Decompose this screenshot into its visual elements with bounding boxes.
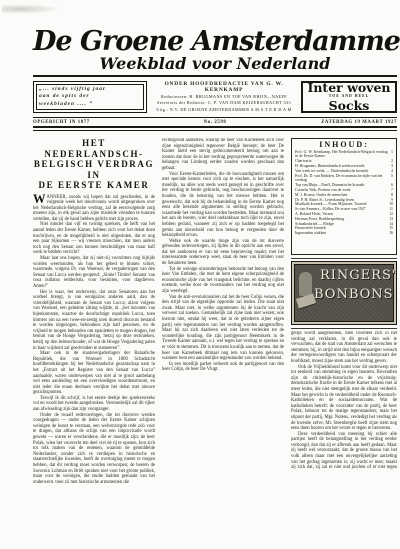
column-1: HET NEDERLANDSCH- BELGISCH VERDRAG IN DE…	[33, 138, 155, 483]
paragraph: Tot de weinige uitzonderingen behoorde h…	[162, 267, 284, 295]
paragraph: Maar ook in de staatsvergaderingen der B…	[33, 351, 155, 396]
slogan-box: „... sinds vijftig jaar aan de spits der…	[33, 81, 147, 113]
inhoud-entry: Prof. Dr. D. van Embden, De economische …	[295, 174, 393, 184]
issue-number: No. 2598	[153, 120, 277, 125]
issue-line: OPGERICHT IN 1877 No. 2598 ZATERDAG 19 M…	[33, 117, 397, 126]
paragraph: Niet minder dan vijf en twintig sprekers…	[33, 222, 155, 256]
paragraph: Welke ook de waarde moge zijn van de tot…	[162, 239, 284, 267]
masthead-title: De Groene Amsterdammer	[33, 28, 397, 55]
inhoud-entry: Prof. G. W. Kernkamp, Het Nederlandsch-B…	[295, 150, 393, 160]
paragraph: Ook de Vrijheidsbond komt voor dit onder…	[291, 365, 397, 432]
paragraph: Terwijl ik dit schrijf, is het eerste de…	[33, 396, 155, 413]
bonbons-ad-line: RINGERS'	[320, 269, 396, 282]
paragraph: Deze verdeeldheid van meening bij schier…	[291, 432, 397, 469]
headline-line: BELGISCH VERDRAG IN	[33, 159, 155, 180]
headline-line: DE EERSTE KAMER	[33, 180, 155, 191]
paragraph: Het is waar, het onderwerp, dat onze Sen…	[33, 290, 155, 352]
column-2: rechtsgrond aantasten, waarop de heer va…	[162, 138, 284, 483]
divider-rule	[291, 258, 397, 259]
drop-cap: W	[33, 195, 47, 204]
paragraph: Maar laat ons hopen, dat zij niet-zij vo…	[33, 256, 155, 290]
masthead: De Groene Amsterdammer Weekblad voor Ned…	[33, 28, 397, 72]
inhoud-box: INHOUD: Prof. G. W. Kernkamp, Het Nederl…	[291, 138, 397, 255]
divider-rule	[291, 328, 397, 329]
editorial-line: Uitg.: N.V. DE GROENE AMSTERDAMMER A M S…	[153, 107, 295, 113]
newspaper-page: De Groene Amsterdammer Weekblad voor Ned…	[0, 0, 400, 549]
issue-rule	[33, 126, 397, 131]
scan-artifact	[2, 4, 62, 14]
paragraph: rechtsgrond aantasten, waarop de heer va…	[162, 138, 284, 172]
slogan-line: „... sinds vijftig jaar	[39, 86, 141, 94]
interwoven-ad: Inter woven TOE AND HEEL Socks	[301, 81, 397, 113]
bonbons-ad-line: BONBONS	[314, 288, 396, 301]
paragraph: Onder de twaalf redevoeringen, die tot d…	[33, 413, 155, 483]
interwoven-ad-line: Inter woven	[303, 82, 395, 95]
editorial-line: ONDER HOOFDREDACTIE VAN G. W. KERNKAMP	[153, 81, 295, 94]
founded-label: OPGERICHT IN 1877	[33, 120, 153, 125]
editorial-block: ONDER HOOFDREDACTIE VAN G. W. KERNKAMP R…	[153, 81, 295, 113]
article-headline: HET NEDERLANDSCH- BELGISCH VERDRAG IN DE…	[33, 138, 155, 191]
paragraph: WANNEER, zooals wij hopen dat zal geschi…	[33, 195, 155, 223]
bonbons-ad-text: RINGERS' BONBONS	[320, 269, 396, 301]
header-strip: „... sinds vijftig jaar aan de spits der…	[33, 81, 397, 113]
paragraph: gelijk wordt aangenomen, dien voordeel z…	[291, 331, 397, 365]
date-label: ZATERDAG 19 MAART 1927	[277, 120, 397, 125]
interwoven-ad-line: Socks	[303, 100, 395, 113]
column-3: INHOUD: Prof. G. W. Kernkamp, Het Nederl…	[291, 138, 397, 469]
paragraph: In een moeilijk parket verkeert ook de p…	[162, 362, 284, 373]
column-3-text: gelijk wordt aangenomen, dien voordeel z…	[291, 331, 397, 469]
paragraph: Voor Eerste-Kamerleden, die de hoovaardi…	[162, 172, 284, 239]
masthead-rule	[33, 75, 397, 77]
inhoud-title: INHOUD:	[295, 142, 393, 148]
paragraph: Van de anti-revolutionairen zal het de h…	[162, 295, 284, 362]
inhoud-entry: Ingezonden stukken16	[295, 231, 393, 236]
headline-line: HET NEDERLANDSCH-	[33, 138, 155, 159]
bonbons-ad: RINGERS' BONBONS	[291, 261, 397, 325]
slogan-line: aan de spits der	[39, 93, 141, 101]
masthead-subtitle: Weekblad voor Nederland	[33, 56, 397, 72]
slogan-line: weekbladen .... ”	[39, 101, 141, 109]
article-body: HET NEDERLANDSCH- BELGISCH VERDRAG IN DE…	[33, 138, 397, 483]
